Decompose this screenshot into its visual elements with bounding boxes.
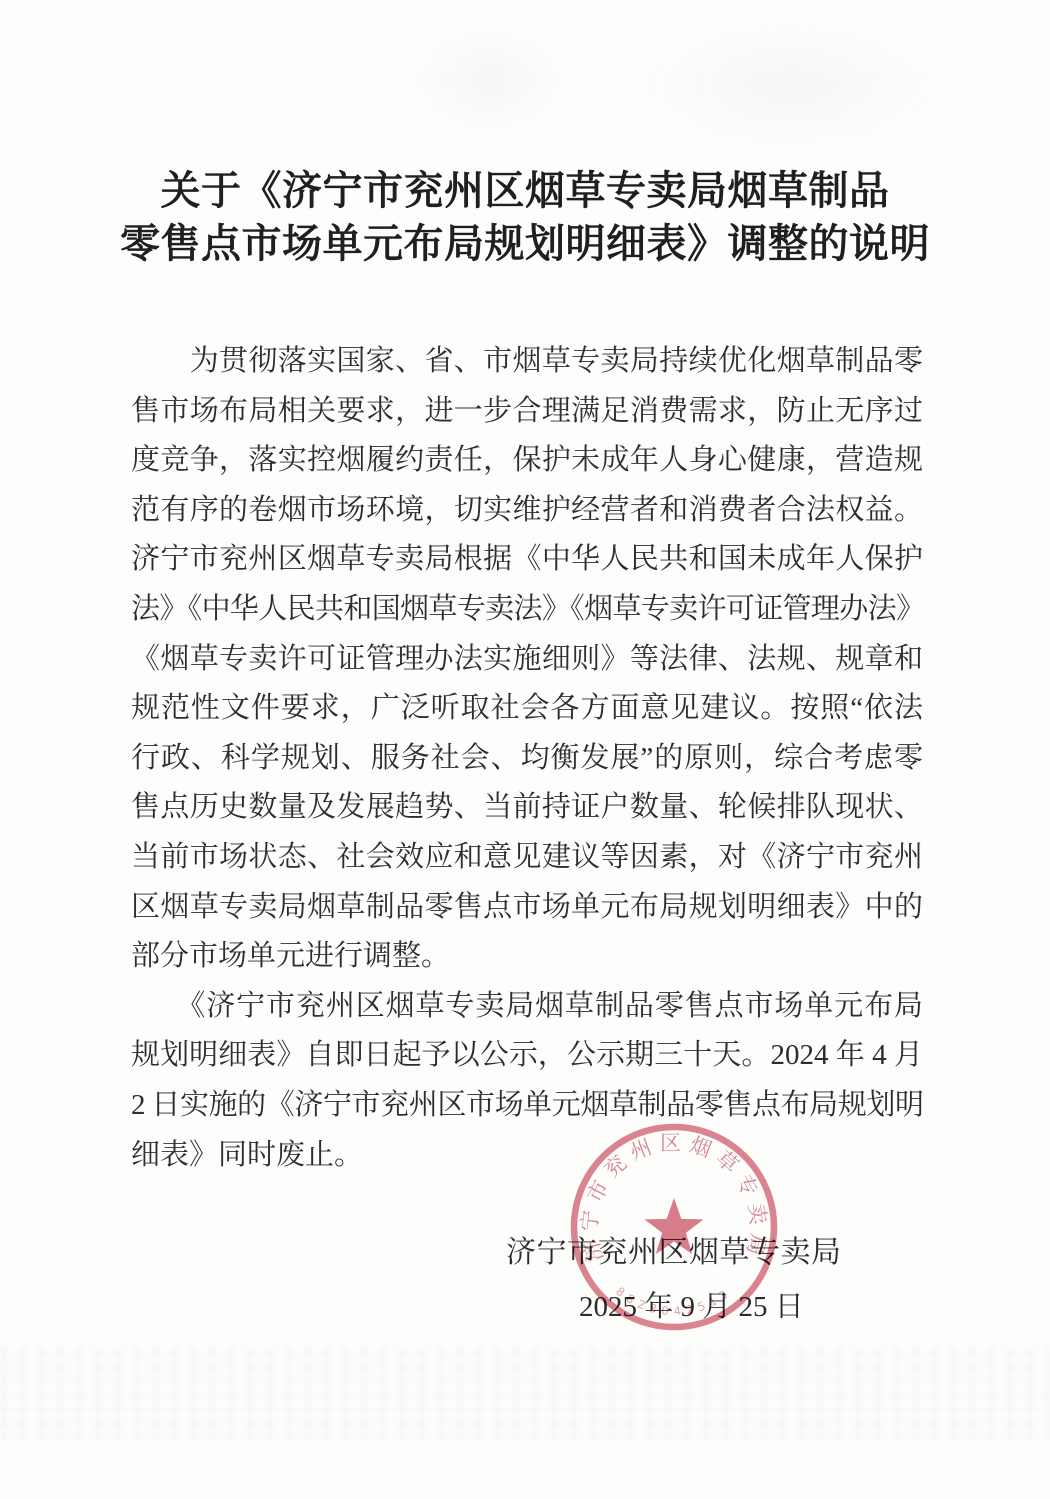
scan-artifact [380,10,600,150]
body-line: 规划明细表》自即日起予以公示，公示期三十天。2024 年 4 月 [131,1031,923,1081]
body-line: 售点历史数量及发展趋势、当前持证户数量、轮候排队现状、 [131,783,923,833]
body-line: 为贯彻落实国家、省、市烟草专卖局持续优化烟草制品零 [131,337,923,387]
body-line: 规范性文件要求，广泛听取社会各方面意见建议。按照“依法 [131,684,923,734]
body-line: 细表》同时废止。 [131,1131,923,1181]
body-line: 法》《中华人民共和国烟草专卖法》《烟草专卖许可证管理办法》 [131,585,923,635]
body-line: 《济宁市兖州区烟草专卖局烟草制品零售点市场单元布局 [131,982,923,1032]
body-line: 区烟草专卖局烟草制品零售点市场单元布局规划明细表》中的 [131,883,923,933]
scan-artifact [0,1345,1050,1440]
body-line: 部分市场单元进行调整。 [131,932,923,982]
title-line-2: 零售点市场单元布局规划明细表》调整的说明 [0,217,1050,270]
scan-artifact [580,0,1000,170]
body-line: 2 日实施的《济宁市兖州区市场单元烟草制品零售点布局规划明 [131,1081,923,1131]
body-line: 《烟草专卖许可证管理办法实施细则》等法律、法规、规章和 [131,635,923,685]
body-line: 当前市场状态、社会效应和意见建议等因素，对《济宁市兖州 [131,833,923,883]
agency-signature: 济宁市兖州区烟草专卖局 [506,1233,842,1273]
body-line: 售市场布局相关要求，进一步合理满足消费需求，防止无序过 [131,387,923,437]
signature-date: 2025 年 9 月 25 日 [579,1287,804,1327]
title-line-1: 关于《济宁市兖州区烟草专卖局烟草制品 [0,164,1050,217]
body-line: 范有序的卷烟市场环境，切实维护经营者和消费者合法权益。 [131,486,923,536]
body-line: 行政、科学规划、服务社会、均衡发展”的原则，综合考虑零 [131,734,923,784]
body-line: 济宁市兖州区烟草专卖局根据《中华人民共和国未成年人保护 [131,535,923,585]
document-title: 关于《济宁市兖州区烟草专卖局烟草制品 零售点市场单元布局规划明细表》调整的说明 [0,164,1050,270]
document-body: 为贯彻落实国家、省、市烟草专卖局持续优化烟草制品零 售市场布局相关要求，进一步合… [131,337,923,1180]
body-line: 度竞争，落实控烟履约责任，保护未成年人身心健康，营造规 [131,436,923,486]
